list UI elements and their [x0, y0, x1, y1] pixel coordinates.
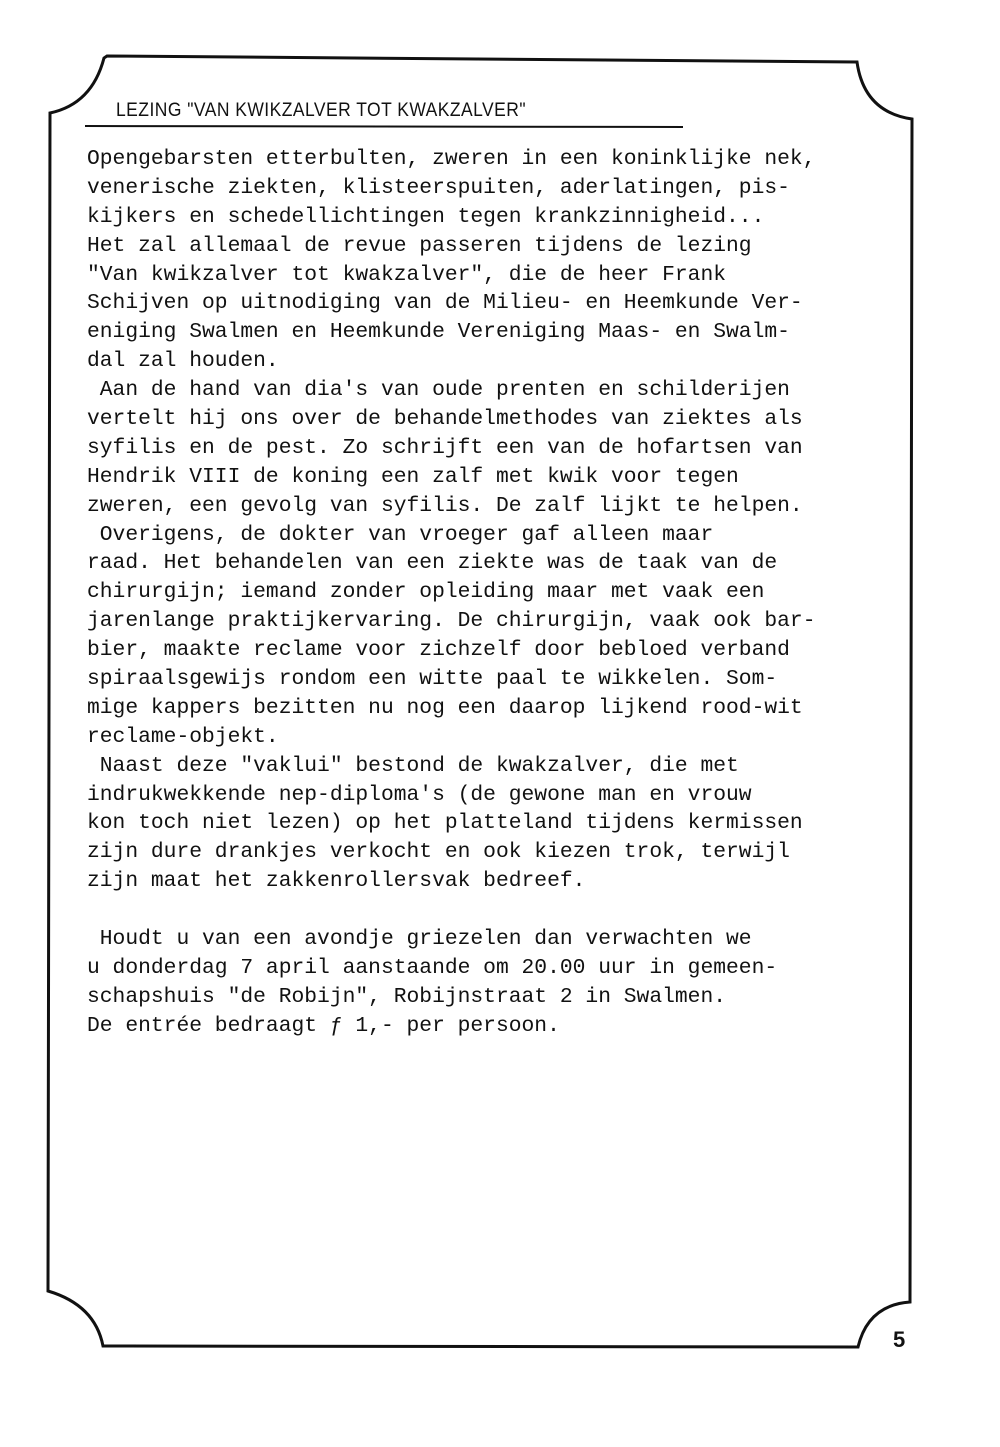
text-line: "Van kwikzalver tot kwakzalver", die de … [87, 261, 917, 290]
text-line: eniging Swalmen en Heemkunde Vereniging … [87, 318, 917, 347]
page-number: 5 [893, 1327, 905, 1353]
text-line: dal zal houden. [87, 347, 917, 376]
paragraph: Houdt u van een avondje griezelen dan ve… [87, 925, 917, 1041]
text-line: zweren, een gevolg van syfilis. De zalf … [87, 492, 917, 521]
article-body: Opengebarsten etterbulten, zweren in een… [87, 145, 917, 1041]
text-line: raad. Het behandelen van een ziekte was … [87, 549, 917, 578]
text-line: Het zal allemaal de revue passeren tijde… [87, 232, 917, 261]
text-line: mige kappers bezitten nu nog een daarop … [87, 694, 917, 723]
text-line: jarenlange praktijkervaring. De chirurgi… [87, 607, 917, 636]
text-line: u donderdag 7 april aanstaande om 20.00 … [87, 954, 917, 983]
text-line: Hendrik VIII de koning een zalf met kwik… [87, 463, 917, 492]
paragraph: Aan de hand van dia's van oude prenten e… [87, 376, 917, 520]
paragraph: Naast deze "vaklui" bestond de kwakzalve… [87, 752, 917, 896]
text-line: vertelt hij ons over de behandelmethodes… [87, 405, 917, 434]
text-line: zijn dure drankjes verkocht en ook kieze… [87, 838, 917, 867]
text-line: Aan de hand van dia's van oude prenten e… [87, 376, 917, 405]
text-line: schapshuis "de Robijn", Robijnstraat 2 i… [87, 983, 917, 1012]
text-line: bier, maakte reclame voor zichzelf door … [87, 636, 917, 665]
text-line: spiraalsgewijs rondom een witte paal te … [87, 665, 917, 694]
paragraph-gap [87, 896, 917, 925]
paragraph: Opengebarsten etterbulten, zweren in een… [87, 145, 917, 376]
text-line: venerische ziekten, klisteerspuiten, ade… [87, 174, 917, 203]
text-line: reclame-objekt. [87, 723, 917, 752]
text-line: kon toch niet lezen) op het platteland t… [87, 809, 917, 838]
text-line: Schijven op uitnodiging van de Milieu- e… [87, 289, 917, 318]
text-line: chirurgijn; iemand zonder opleiding maar… [87, 578, 917, 607]
text-line: Houdt u van een avondje griezelen dan ve… [87, 925, 917, 954]
text-line: indrukwekkende nep-diploma's (de gewone … [87, 781, 917, 810]
text-line: kijkers en schedellichtingen tegen krank… [87, 203, 917, 232]
text-line: Overigens, de dokter van vroeger gaf all… [87, 521, 917, 550]
text-line: Naast deze "vaklui" bestond de kwakzalve… [87, 752, 917, 781]
page-title: LEZING "VAN KWIKZALVER TOT KWAKZALVER" [116, 100, 526, 122]
paragraph: Overigens, de dokter van vroeger gaf all… [87, 521, 917, 752]
text-line: syfilis en de pest. Zo schrijft een van … [87, 434, 917, 463]
text-line: De entrée bedraagt ƒ 1,- per persoon. [87, 1012, 917, 1041]
text-line: zijn maat het zakkenrollersvak bedreef. [87, 867, 917, 896]
title-underline [85, 126, 683, 127]
text-line: Opengebarsten etterbulten, zweren in een… [87, 145, 917, 174]
